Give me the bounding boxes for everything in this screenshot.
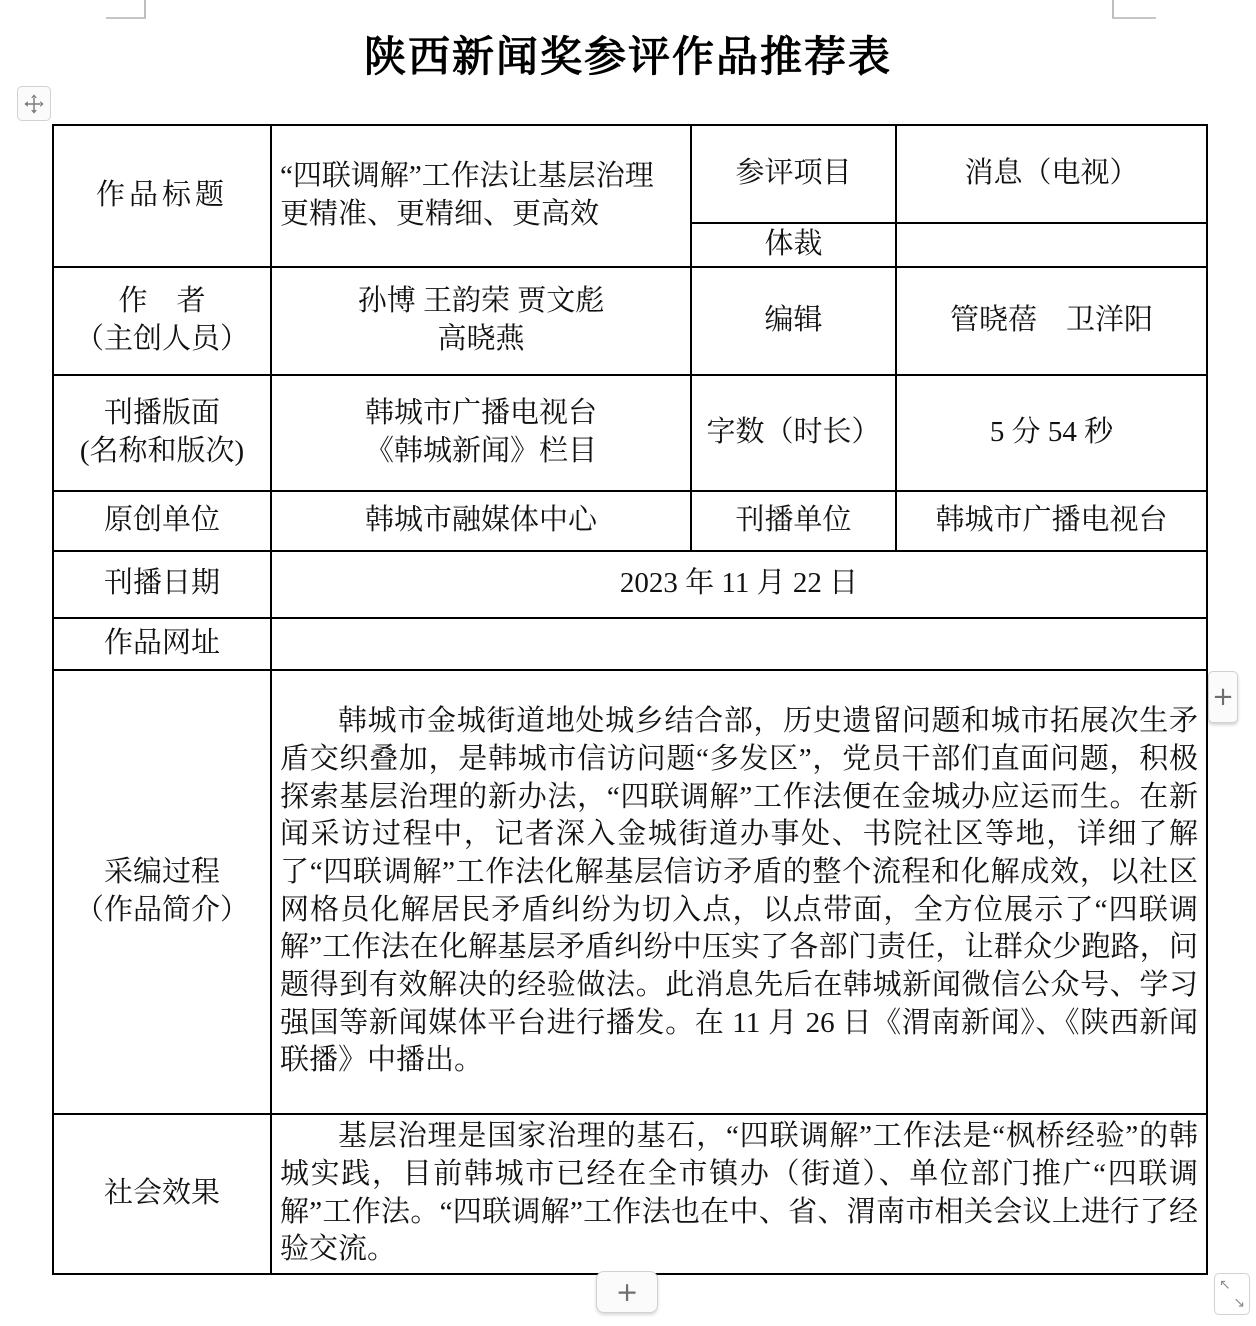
add-page-button-bottom[interactable]: + (596, 1271, 658, 1313)
broadcast-date-value: 2023 年 11 月 22 日 (271, 551, 1207, 618)
move-cross-icon (23, 93, 45, 115)
work-title-label: 作品标题 (53, 125, 271, 267)
duration-value: 5 分 54 秒 (896, 375, 1207, 491)
table-row: 原创单位 韩城市融媒体中心 刊播单位 韩城市广播电视台 (53, 491, 1207, 551)
table-row: 刊播版面 (名称和版次) 韩城市广播电视台 《韩城新闻》栏目 字数（时长） 5 … (53, 375, 1207, 491)
genre-value (896, 223, 1207, 267)
plus-icon: + (616, 1277, 639, 1308)
add-content-button-right[interactable]: + (1208, 671, 1238, 723)
work-url-value (271, 618, 1207, 670)
duration-label: 字数（时长） (691, 375, 896, 491)
table-row: 作品标题 “四联调解”工作法让基层治理更精准、更精细、更高效 参评项目 消息（电… (53, 125, 1207, 223)
entry-category-label: 参评项目 (691, 125, 896, 223)
table-row: 刊播日期 2023 年 11 月 22 日 (53, 551, 1207, 618)
publication-value: 韩城市广播电视台 《韩城新闻》栏目 (271, 375, 691, 491)
editing-process-label: 采编过程 （作品简介） (53, 670, 271, 1114)
social-effect-value: 基层治理是国家治理的基石，“四联调解”工作法是“枫桥经验”的韩城实践，目前韩城市… (271, 1114, 1207, 1274)
editor-value: 管晓蓓 卫洋阳 (896, 267, 1207, 375)
editing-process-value: 韩城市金城街道地处城乡结合部，历史遗留问题和城市拓展次生矛盾交织叠加，是韩城市信… (271, 670, 1207, 1114)
table-row: 社会效果 基层治理是国家治理的基石，“四联调解”工作法是“枫桥经验”的韩城实践，… (53, 1114, 1207, 1274)
table-row: 作 者 （主创人员） 孙博 王韵荣 贾文彪 高晓燕 编辑 管晓蓓 卫洋阳 (53, 267, 1207, 375)
page-corner-mark-right (1112, 0, 1156, 19)
arrow-down-right-icon: ↘ (1233, 1296, 1245, 1310)
author-value: 孙博 王韵荣 贾文彪 高晓燕 (271, 267, 691, 375)
original-unit-value: 韩城市融媒体中心 (271, 491, 691, 551)
table-row: 作品网址 (53, 618, 1207, 670)
editor-label: 编辑 (691, 267, 896, 375)
social-effect-label: 社会效果 (53, 1114, 271, 1274)
page-corner-mark-left (106, 0, 146, 19)
broadcast-unit-label: 刊播单位 (691, 491, 896, 551)
recommendation-form-table: 作品标题 “四联调解”工作法让基层治理更精准、更精细、更高效 参评项目 消息（电… (52, 124, 1208, 1275)
work-url-label: 作品网址 (53, 618, 271, 670)
broadcast-unit-value: 韩城市广播电视台 (896, 491, 1207, 551)
author-label: 作 者 （主创人员） (53, 267, 271, 375)
original-unit-label: 原创单位 (53, 491, 271, 551)
arrow-up-left-icon: ↖ (1219, 1278, 1231, 1292)
publication-label: 刊播版面 (名称和版次) (53, 375, 271, 491)
table-move-handle[interactable] (17, 86, 51, 121)
expand-button[interactable]: ↖ ↘ (1214, 1273, 1250, 1315)
genre-label: 体裁 (691, 223, 896, 267)
entry-category-value: 消息（电视） (896, 125, 1207, 223)
plus-icon: + (1212, 682, 1234, 712)
broadcast-date-label: 刊播日期 (53, 551, 271, 618)
work-title-value: “四联调解”工作法让基层治理更精准、更精细、更高效 (271, 125, 691, 267)
table-row: 采编过程 （作品简介） 韩城市金城街道地处城乡结合部，历史遗留问题和城市拓展次生… (53, 670, 1207, 1114)
document-title: 陕西新闻奖参评作品推荐表 (0, 24, 1256, 84)
